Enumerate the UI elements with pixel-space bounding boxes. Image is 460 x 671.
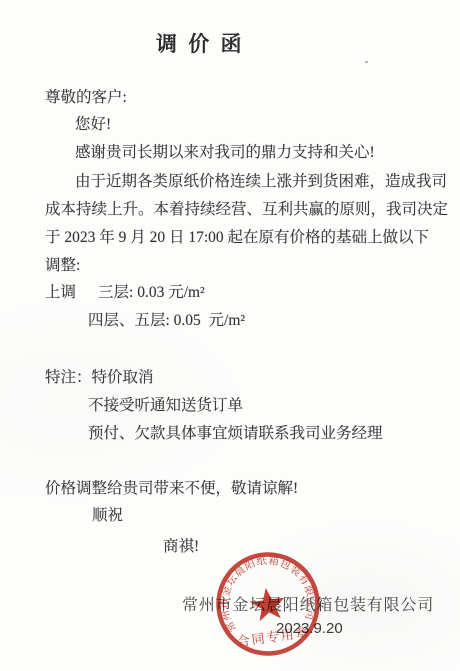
note-item-2: 不接受听通知送货订单 (88, 396, 243, 416)
notes-line-1: 特注：特价取消 (45, 368, 154, 388)
note-item-1: 特价取消 (92, 369, 154, 386)
salutation-line: 尊敬的客户: (45, 88, 127, 108)
stamp-star-icon (249, 586, 287, 623)
body-line-1: 由于近期各类原纸价格连续上涨并到货困难，造成我司 (75, 172, 447, 192)
document-title: 调 价 函 (156, 28, 245, 58)
body-line-2: 成本持续上升。本着持续经营、互利共赢的原则，我司决定 (45, 200, 448, 220)
body-line-4: 调整: (45, 256, 80, 276)
apology-line: 价格调整给贵司带来不便，敬请谅解! (45, 479, 298, 499)
adjustment-line-2: 四层、五层: 0.05 元/m² (88, 311, 245, 331)
scan-speck (365, 61, 368, 63)
company-seal-stamp: 常州市金坛晨阳纸箱包装有限公司 合同专用章 (207, 543, 329, 665)
body-line-3: 于 2023 年 9 月 20 日 17:00 起在原有价格的基础上做以下 (45, 228, 429, 248)
greeting-line: 您好! (75, 115, 111, 135)
notes-label: 特注： (45, 368, 92, 388)
wish-prefix-line: 顺祝 (92, 506, 123, 526)
thanks-line: 感谢贵司长期以来对我司的鼎力支持和关心! (75, 143, 375, 163)
wish-line: 商祺! (163, 537, 199, 557)
adjustment-label: 上调 (45, 283, 76, 303)
note-item-3: 预付、欠款具体事宜烦请联系我司业务经理 (88, 424, 383, 444)
adjustment-line-1: 上调三层: 0.03 元/m² (45, 283, 205, 303)
document-page: 调 价 函 尊敬的客户: 您好! 感谢贵司长期以来对我司的鼎力支持和关心! 由于… (0, 0, 460, 671)
adjustment-tier1: 三层: 0.03 元/m² (98, 284, 205, 301)
